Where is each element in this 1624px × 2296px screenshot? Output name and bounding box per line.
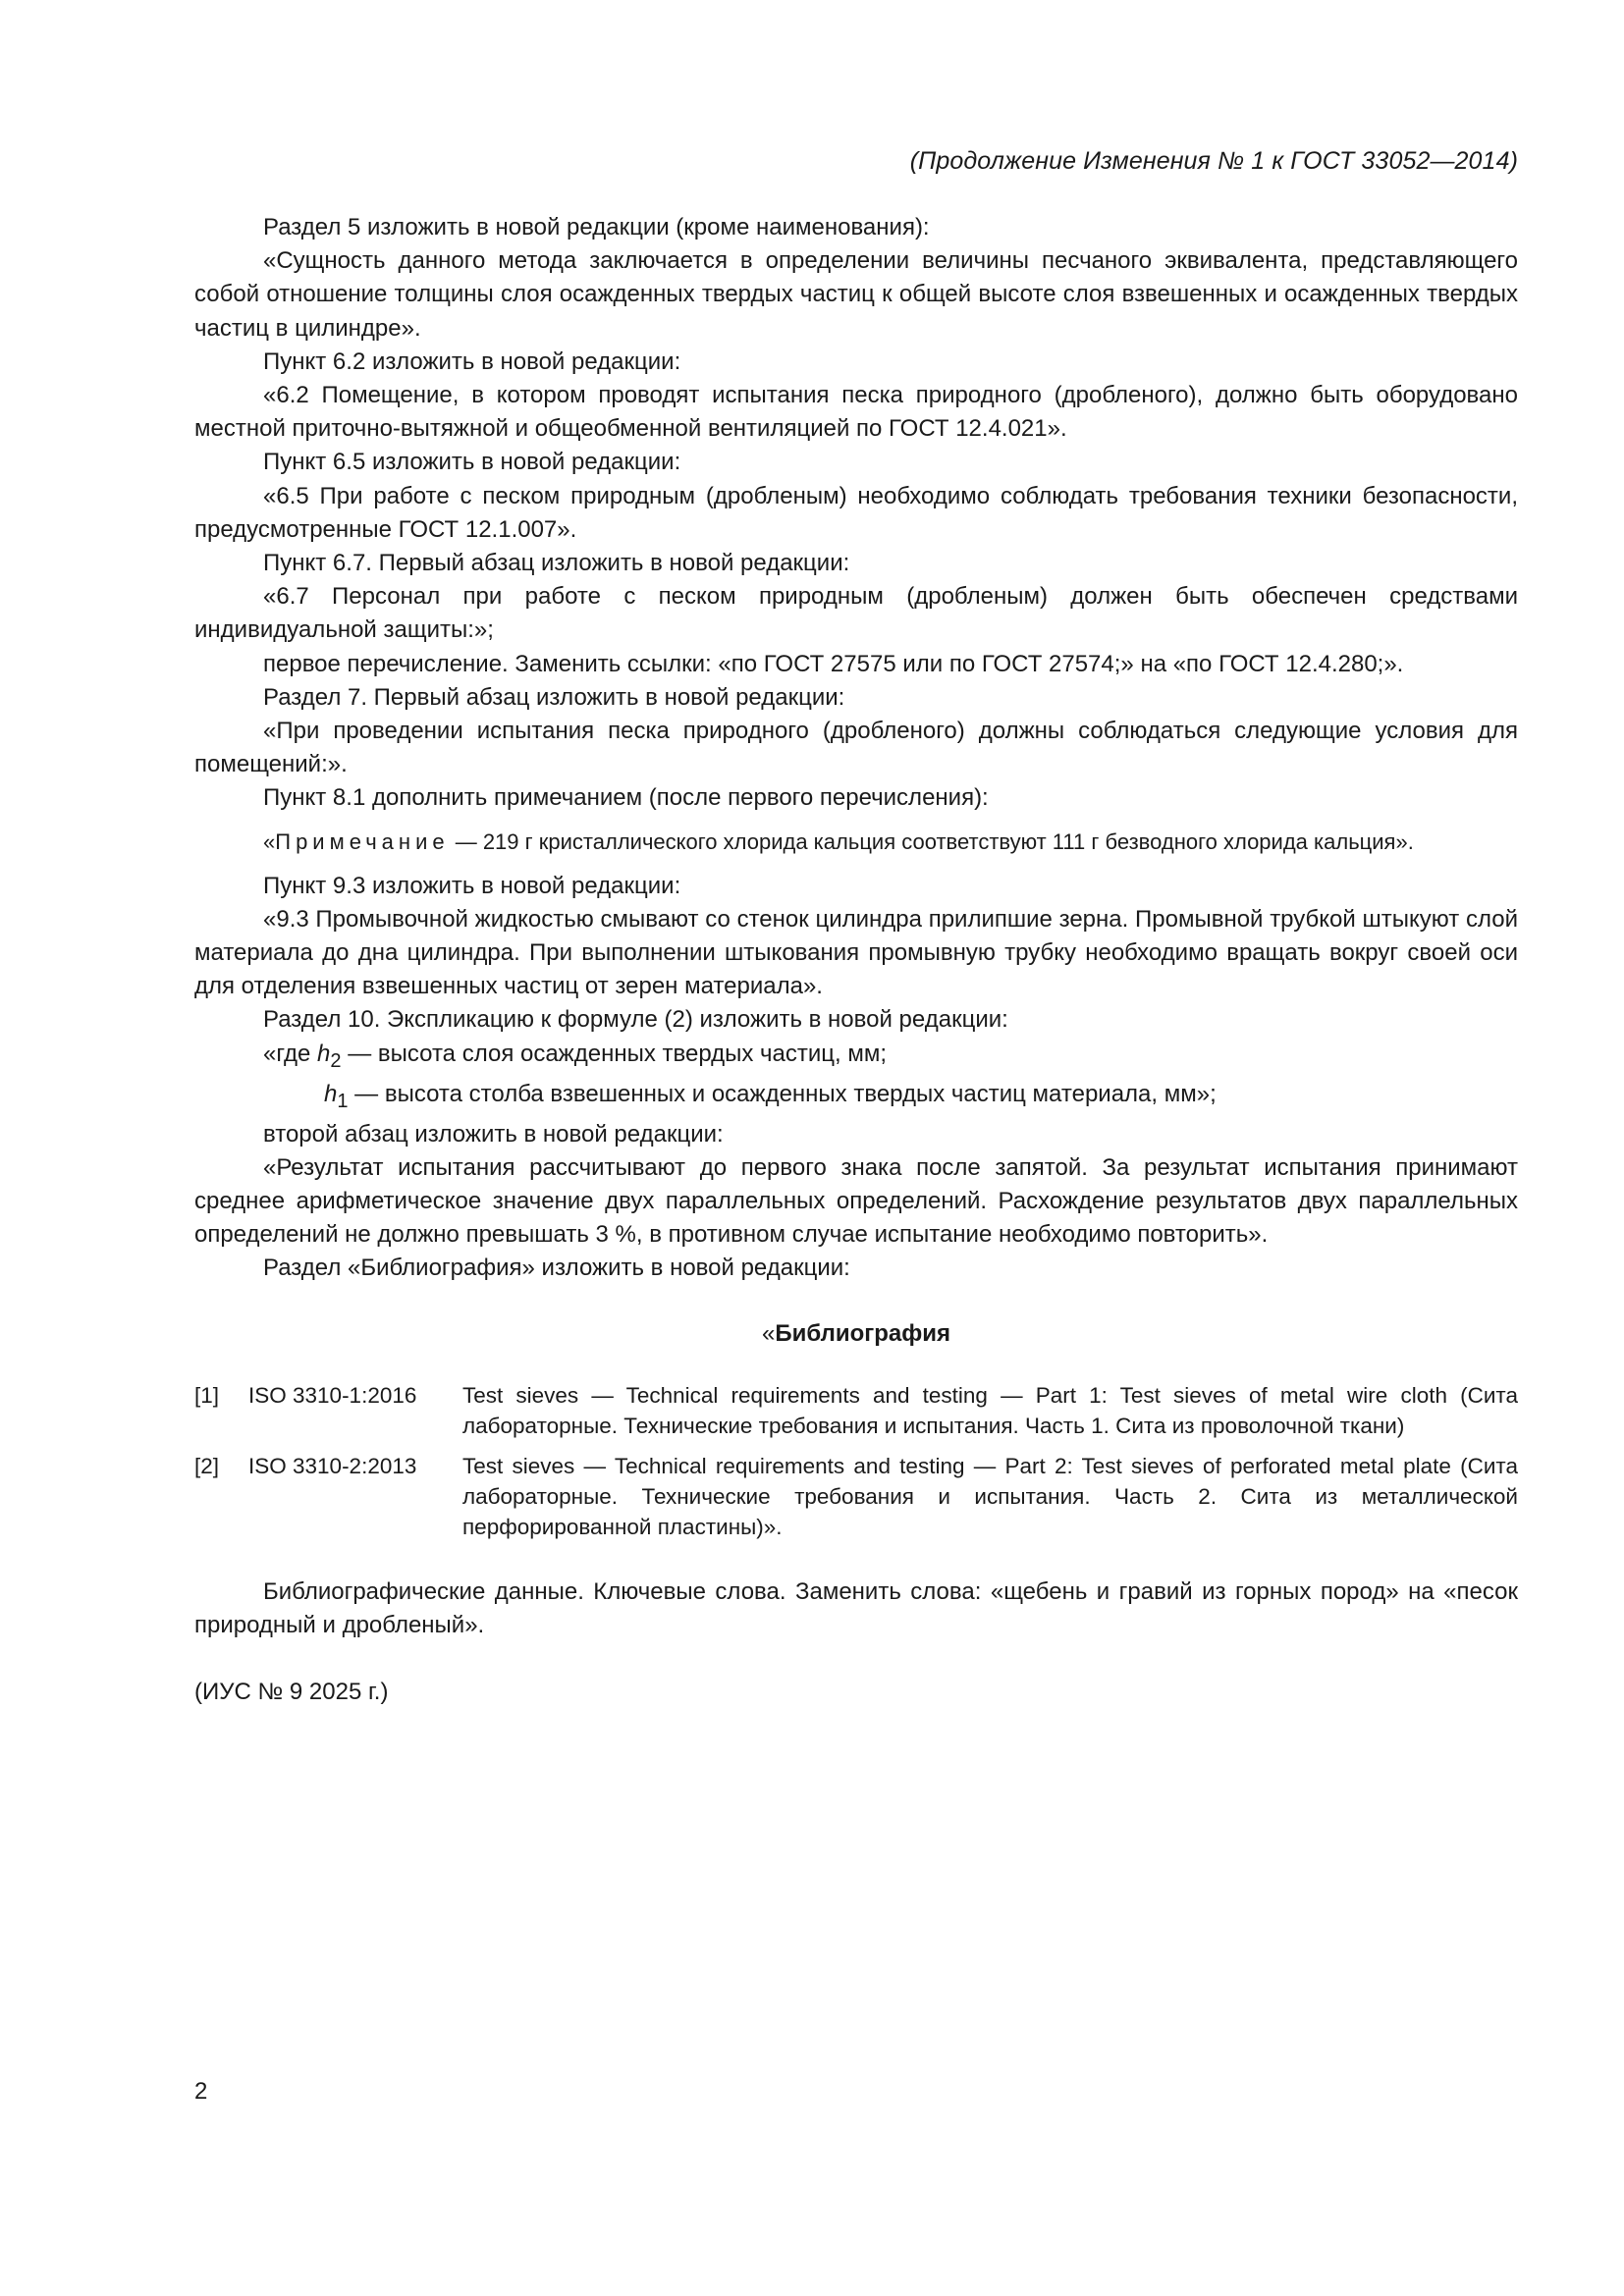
paragraph: Раздел «Библиография» изложить в новой р… xyxy=(194,1252,1518,1285)
paragraph: «9.3 Промывочной жидкостью смывают со ст… xyxy=(194,903,1518,1004)
ius-reference: (ИУС № 9 2025 г.) xyxy=(194,1676,1518,1709)
document-body: Раздел 5 изложить в новой редакции (кром… xyxy=(194,211,1518,1710)
document-page: (Продолжение Изменения № 1 к ГОСТ 33052—… xyxy=(0,0,1624,2296)
note-open-quote: « xyxy=(263,829,275,854)
paragraph: второй абзац изложить в новой редакции: xyxy=(194,1118,1518,1151)
bib-number: [2] xyxy=(194,1451,248,1542)
paragraph: Пункт 9.3 изложить в новой редакции: xyxy=(194,870,1518,903)
bib-code: ISO 3310-2:2013 xyxy=(248,1451,462,1542)
variable-h2: h xyxy=(317,1041,330,1067)
running-title: (Продолжение Изменения № 1 к ГОСТ 33052—… xyxy=(910,147,1518,176)
bibliography-title: «Библиография xyxy=(194,1317,1518,1351)
paragraph: Пункт 8.1 дополнить примечанием (после п… xyxy=(194,781,1518,815)
paragraph: «Результат испытания рассчитывают до пер… xyxy=(194,1151,1518,1253)
paragraph: Раздел 5 изложить в новой редакции (кром… xyxy=(194,211,1518,244)
page-number: 2 xyxy=(194,2078,207,2106)
paragraph: Раздел 10. Экспликацию к формуле (2) изл… xyxy=(194,1003,1518,1037)
note-paragraph: «Примечание — 219 г кристаллического хло… xyxy=(194,826,1518,858)
bibliography-entry: [2] ISO 3310-2:2013 Test sieves — Techni… xyxy=(194,1451,1518,1542)
keywords-paragraph: Библиографические данные. Ключевые слова… xyxy=(194,1575,1518,1642)
paragraph: «6.7 Персонал при работе с песком природ… xyxy=(194,580,1518,647)
paragraph: первое перечисление. Заменить ссылки: «п… xyxy=(194,648,1518,681)
paragraph: Раздел 7. Первый абзац изложить в новой … xyxy=(194,681,1518,715)
bib-code: ISO 3310-1:2016 xyxy=(248,1380,462,1441)
paragraph: «6.5 При работе с песком природным (дроб… xyxy=(194,480,1518,547)
formula-explication-line-1: «где h2 — высота слоя осажденных твердых… xyxy=(194,1038,1518,1078)
paragraph: Пункт 6.5 изложить в новой редакции: xyxy=(194,446,1518,479)
variable-h1: h xyxy=(324,1081,337,1107)
bib-description: Test sieves — Technical requirements and… xyxy=(462,1380,1518,1441)
paragraph: Пункт 6.7. Первый абзац изложить в новой… xyxy=(194,547,1518,580)
note-label: Примечание xyxy=(275,829,449,854)
paragraph: «6.2 Помещение, в котором проводят испыт… xyxy=(194,379,1518,446)
bibliography-entry: [1] ISO 3310-1:2016 Test sieves — Techni… xyxy=(194,1380,1518,1441)
paragraph: Пункт 6.2 изложить в новой редакции: xyxy=(194,346,1518,379)
bib-description: Test sieves — Technical requirements and… xyxy=(462,1451,1518,1542)
paragraph: «При проведении испытания песка природно… xyxy=(194,715,1518,781)
formula-explication-line-2: h1 — высота столба взвешенных и осажденн… xyxy=(194,1078,1518,1118)
paragraph: «Сущность данного метода заключается в о… xyxy=(194,244,1518,346)
bib-number: [1] xyxy=(194,1380,248,1441)
note-text: — 219 г кристаллического хлорида кальция… xyxy=(450,829,1414,854)
